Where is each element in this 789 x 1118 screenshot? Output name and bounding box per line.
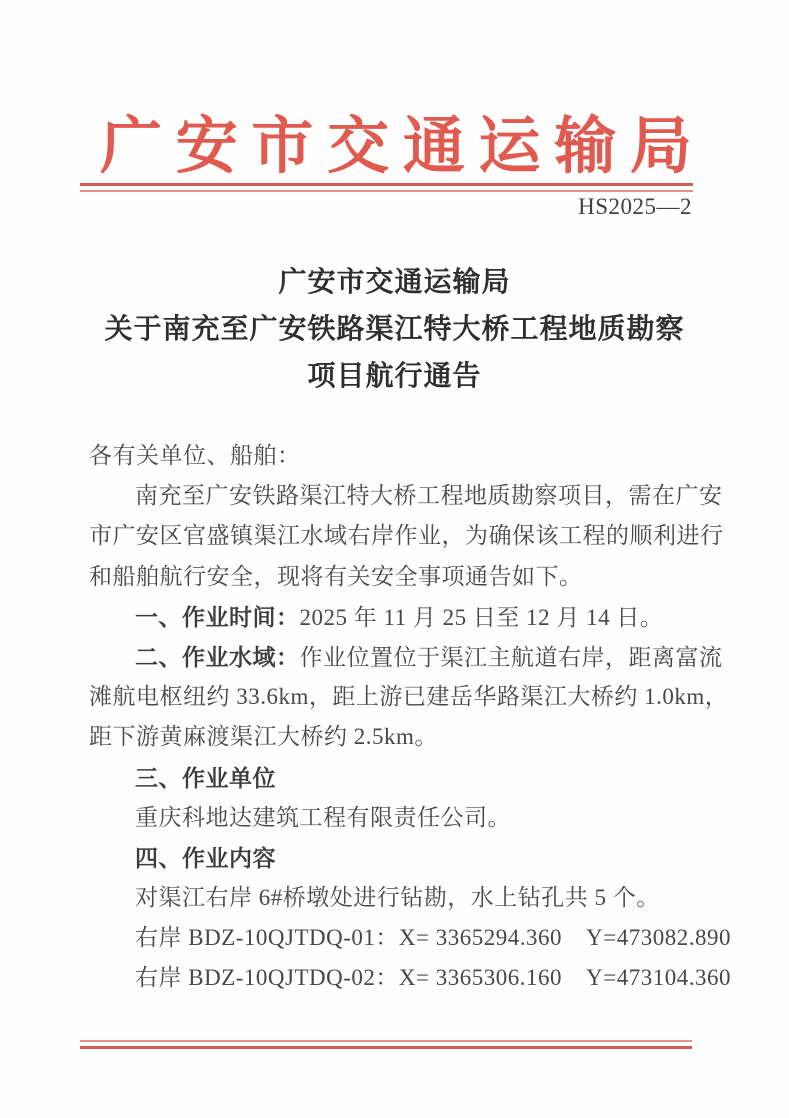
letterhead-agency-name: 广安市交通运输局 bbox=[100, 108, 692, 186]
letterhead-char: 局 bbox=[630, 116, 692, 178]
letterhead-char: 通 bbox=[403, 116, 465, 178]
section-heading-segment: 一、作业时间： bbox=[135, 604, 300, 630]
text-segment: 作业位置位于渠江主航道右岸，距离富流 bbox=[300, 645, 723, 670]
body-line: 四、作业内容 bbox=[89, 838, 703, 878]
body-line: 市广安区官盛镇渠江水域右岸作业，为确保该工程的顺利进行 bbox=[89, 516, 703, 556]
header-rule bbox=[80, 183, 693, 192]
document-title: 广安市交通运输局 关于南充至广安铁路渠江特大桥工程地质勘察 项目航行通告 bbox=[0, 259, 789, 400]
text-segment: 各有关单位、船舶： bbox=[89, 443, 301, 468]
body-line: 和船舶航行安全，现将有关安全事项通告如下。 bbox=[89, 557, 703, 597]
letterhead-char: 市 bbox=[251, 116, 313, 178]
text-segment: 右岸 BDZ-10QJTDQ-02：X= 3365306.160 Y=47310… bbox=[135, 965, 731, 990]
body-line: 二、作业水域：作业位置位于渠江主航道右岸，距离富流 bbox=[89, 637, 703, 677]
body-line: 三、作业单位 bbox=[89, 758, 703, 798]
footer-rule bbox=[80, 1040, 692, 1049]
section-heading-segment: 三、作业单位 bbox=[135, 765, 276, 791]
body-line: 距下游黄麻渡渠江大桥约 2.5km。 bbox=[89, 717, 703, 757]
document-body: 各有关单位、船舶：南充至广安铁路渠江特大桥工程地质勘察项目，需在广安市广安区官盛… bbox=[89, 436, 703, 999]
doc-number: HS2025—2 bbox=[578, 194, 692, 220]
body-line: 滩航电枢纽约 33.6km，距上游已建岳华路渠江大桥约 1.0km， bbox=[89, 677, 703, 717]
letterhead-char: 安 bbox=[176, 116, 238, 178]
text-segment: 滩航电枢纽约 33.6km，距上游已建岳华路渠江大桥约 1.0km， bbox=[89, 684, 728, 709]
text-segment: 2025 年 11 月 25 日至 12 月 14 日。 bbox=[300, 605, 664, 630]
body-line: 对渠江右岸 6#桥墩处进行钻勘，水上钻孔共 5 个。 bbox=[89, 878, 703, 918]
title-line-3: 项目航行通告 bbox=[0, 353, 789, 400]
letterhead-char: 交 bbox=[327, 116, 389, 178]
document-page: 广安市交通运输局 HS2025—2 广安市交通运输局 关于南充至广安铁路渠江特大… bbox=[0, 0, 789, 1118]
section-heading-segment: 二、作业水域： bbox=[135, 644, 300, 670]
body-line: 一、作业时间：2025 年 11 月 25 日至 12 月 14 日。 bbox=[89, 597, 703, 637]
body-line: 右岸 BDZ-10QJTDQ-01：X= 3365294.360 Y=47308… bbox=[89, 918, 703, 958]
text-segment: 市广安区官盛镇渠江水域右岸作业，为确保该工程的顺利进行 bbox=[89, 523, 724, 548]
body-line: 重庆科地达建筑工程有限责任公司。 bbox=[89, 798, 703, 838]
title-line-2: 关于南充至广安铁路渠江特大桥工程地质勘察 bbox=[0, 306, 789, 353]
text-segment: 南充至广安铁路渠江特大桥工程地质勘察项目，需在广安 bbox=[135, 483, 723, 508]
letterhead-char: 输 bbox=[554, 116, 616, 178]
text-segment: 和船舶航行安全，现将有关安全事项通告如下。 bbox=[89, 564, 583, 589]
body-line: 各有关单位、船舶： bbox=[89, 436, 703, 476]
body-line: 南充至广安铁路渠江特大桥工程地质勘察项目，需在广安 bbox=[89, 476, 703, 516]
body-line: 右岸 BDZ-10QJTDQ-02：X= 3365306.160 Y=47310… bbox=[89, 958, 703, 998]
text-segment: 距下游黄麻渡渠江大桥约 2.5km。 bbox=[89, 724, 438, 749]
text-segment: 对渠江右岸 6#桥墩处进行钻勘，水上钻孔共 5 个。 bbox=[135, 885, 660, 910]
text-segment: 右岸 BDZ-10QJTDQ-01：X= 3365294.360 Y=47308… bbox=[135, 925, 731, 950]
letterhead-char: 广 bbox=[100, 116, 162, 178]
letterhead-char: 运 bbox=[479, 116, 541, 178]
text-segment: 重庆科地达建筑工程有限责任公司。 bbox=[135, 805, 511, 830]
title-line-1: 广安市交通运输局 bbox=[0, 259, 789, 306]
section-heading-segment: 四、作业内容 bbox=[135, 845, 276, 871]
